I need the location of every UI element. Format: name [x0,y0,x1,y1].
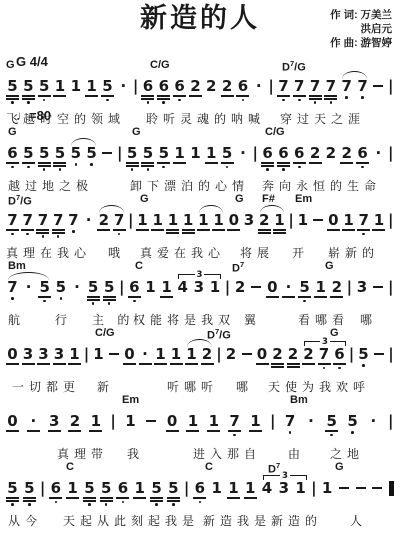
low-octave-dot [199,501,202,504]
lyric-text: 卸下漂泊的心情 [130,177,249,194]
chord-symbol: G [132,126,141,138]
beam-line [37,363,50,365]
lyric-text: 真理带 [57,445,108,462]
note: 1 [154,346,167,371]
note: 5 [87,279,100,304]
beam-line [6,98,19,100]
note: 5 [22,145,35,170]
low-octave-dot [108,302,111,305]
note: 1 [124,413,137,438]
note: 1 [212,212,225,237]
note: 7 [293,78,306,103]
beam-line [53,363,66,365]
beam-line [167,497,180,499]
rest-note: 0 [123,346,136,371]
low-octave-dot [75,163,78,166]
chord-symbol: G [330,327,339,339]
lyric-row: 一切都更新听哪听哪天使为我欢呼 [6,377,394,393]
beam-line [36,229,49,231]
lyric-text: 越过地之极 [8,177,93,194]
note: 1 [296,212,309,237]
lyric-text: 行 [55,311,72,328]
low-octave-dot [282,99,285,102]
low-octave-dot [57,235,60,238]
note: 5 [298,279,311,304]
note: 7 [340,78,353,103]
low-octave-dot [282,168,285,171]
lyric-text: 权能将是我双 [133,311,235,328]
beam-line [23,500,36,502]
beam-line [271,363,284,365]
duration-dash [337,480,350,505]
low-octave-dot [330,434,333,437]
note: 3 [277,480,290,505]
note: 6 [356,145,369,170]
beam-line [357,229,370,231]
barline: | [311,480,317,505]
duration-dash [240,346,253,371]
lyric-text: 将展 [240,244,274,261]
beam-line [151,229,164,231]
beam-line [173,162,186,164]
barline: | [349,346,355,371]
note: 5 [22,78,35,103]
tie-slur-arc [71,138,96,146]
beam-line [87,296,100,298]
beam-line [6,363,19,365]
note: 1 [89,413,102,438]
note: 5 [85,145,98,170]
duration-dash [372,78,385,103]
chord-symbol: C/G [95,327,115,339]
beam-line [166,430,179,432]
barline: | [388,346,394,371]
note: 5 [141,145,154,170]
note: 5 [83,480,96,505]
note: 4 [261,480,274,505]
low-octave-dot [147,168,150,171]
low-octave-dot [11,297,14,300]
note: 2 [97,212,110,237]
beam-line [38,162,51,164]
note: 6 [157,78,170,103]
note: 7 [21,212,34,237]
score-line: D7/GGGF#Em77777·27|1111110321|10171|真理在我… [6,193,394,253]
low-octave-dot [162,101,165,104]
low-octave-dot [72,230,75,233]
note: 3 [192,279,205,304]
chord-symbol: Em [122,394,139,406]
note: 2 [324,145,337,170]
lyric-text: 由 [288,445,305,462]
rest-note: 0 [256,346,269,371]
lyricist-credit-2: 洪启元 [330,22,392,36]
note: 6 [277,145,290,170]
lyric-text: 天使为我欢 [268,378,353,395]
lyric-row: 真理带我进入那自由之地 [6,444,394,460]
low-octave-dot [27,101,30,104]
beam-line [182,229,195,231]
note: 6 [6,145,19,170]
note: 5 [221,145,234,170]
note: 7 [36,212,49,237]
note: 3 [243,212,256,237]
lyric-text: 真理在我心 [6,244,91,261]
beam-line [324,98,337,100]
note: 5 [6,480,19,505]
lyric-text: 天起从此刻起我是 [63,512,199,529]
low-octave-dot [298,99,301,102]
note: 2 [340,145,353,170]
beam-line [123,363,136,365]
beam-line [66,497,79,499]
beam-line [186,430,199,432]
note: 5 [101,78,114,103]
note-row: 655555|5551115·|6662226·| [6,139,394,176]
low-octave-dot [105,503,108,506]
note: 7 [228,413,241,438]
augmentation-dot: · [252,78,265,103]
note: 2 [234,279,247,304]
low-octave-dot [27,166,30,169]
dash-line [339,487,349,489]
barline: | [40,480,46,505]
lyric-text: 飞越时空的领域 [6,110,125,127]
lyric-text: 进入那自 [193,445,261,462]
beam-line [258,229,271,231]
beam-line [340,162,353,164]
note: 1 [186,413,199,438]
note: 6 [236,78,249,103]
beam-line [256,363,269,365]
dash-line [372,487,382,489]
chord-row: GC/GD7/G [6,59,394,72]
lyric-text: 真爱在我心 [140,244,225,261]
note: 2 [258,212,271,237]
chord-symbol: G [335,461,344,473]
tie-slur-arc [8,272,49,280]
note: 2 [309,145,322,170]
score-line: EmBm0·321|101171|7·55·|真理带我进入那自由之地 [6,394,394,454]
rest-note: 0 [6,346,19,371]
note: 6 [141,78,154,103]
credits-block: 作 词: 万美兰 洪启元 作 曲: 游智婷 [330,8,392,50]
augmentation-dot: · [372,145,385,170]
barline: | [216,346,222,371]
note: 1 [342,212,355,237]
lyric-text: 哦 [108,244,125,261]
augmentation-dot: · [70,279,83,304]
beam-line [6,162,19,164]
beam-line [83,497,96,499]
note: 6 [116,480,129,505]
dash-line [313,219,323,221]
beam-line [141,98,154,100]
low-octave-dot [178,99,181,102]
barline: | [288,212,294,237]
beam-line [126,162,139,164]
low-octave-dot [323,367,326,370]
final-barline [388,480,394,505]
beam-line [6,229,19,231]
beam-line [6,497,19,499]
chord-symbol: G [235,193,244,205]
note: 1 [182,212,195,237]
note-row: 55|61556155|6111431|13 [6,474,394,511]
rest-note: 0 [6,413,19,438]
beam-line [21,229,34,231]
low-octave-dot [345,96,348,99]
low-octave-dot [92,302,95,305]
chord-row: D7/GGGF#Em [6,193,394,206]
beam-line [157,162,170,164]
dash-line [356,487,366,489]
note: 7 [6,279,19,304]
dash-line [373,85,383,87]
lyric-text: 主 的 [92,311,134,328]
low-octave-dot [362,233,365,236]
sheet-music-page: G 4/4 ♩=80 新造的人 作 词: 万美兰 洪启元 作 曲: 游智婷 GC… [0,0,400,521]
barline: | [270,413,276,438]
tie-slur-arc [99,205,124,213]
note: 2 [225,346,238,371]
note: 1 [210,480,223,505]
beam-line [83,500,96,502]
note: 1 [160,279,173,304]
score-line: GC/GD7/G5551115·|6662226·|777777|飞越时空的领域… [6,59,394,119]
beam-line [23,497,36,499]
low-octave-dot [330,101,333,104]
chord-row: GGC/G [6,126,394,139]
low-octave-dot [155,503,158,506]
beam-line [277,162,290,164]
beam-line [154,363,167,365]
beam-line [22,95,35,97]
beam-line [244,497,257,499]
score-line: BmCD7G7·55·55|611431|20·512|3|3航行主 的权能将是… [6,260,394,320]
beam-line [236,95,249,97]
beam-line [330,296,343,298]
low-octave-dot [233,434,236,437]
duration-dash [108,346,121,371]
beam-line [271,366,284,368]
dash-line [146,420,156,422]
beam-line [6,95,19,97]
chord-row: CCD7G [6,461,394,474]
rest-note: 0 [327,212,340,237]
note: 3 [22,346,35,371]
beam-line [167,500,180,502]
beam-line [212,229,225,231]
barline: | [128,212,134,237]
note: 1 [273,212,286,237]
beam-line [52,232,65,234]
low-octave-dot [242,99,245,102]
note: 1 [144,279,157,304]
beam-line [100,500,113,502]
beam-line [314,296,327,298]
barline: | [84,346,90,371]
beam-line [356,162,369,164]
lyric-text: 航 [8,311,25,328]
lyric-text: 崭新的 [328,244,379,261]
chord-symbol: Em [295,193,312,205]
note: 5 [346,413,359,438]
lyric-text: 听哪听 [167,378,218,395]
beam-line [22,363,35,365]
note: 3 [48,413,61,438]
note: 5 [69,145,82,170]
augmentation-dot: · [282,279,295,304]
barline: | [133,78,139,103]
beam-line [261,165,274,167]
note: 7 [318,346,331,371]
note: 5 [38,145,51,170]
beam-line [128,296,141,298]
beam-line [207,430,220,432]
note: 1 [372,212,385,237]
beam-line [68,430,81,432]
note: 7 [113,212,126,237]
note: 1 [227,480,240,505]
triplet-bracket: 3 [304,341,346,346]
beam-line [36,232,49,234]
beam-line [282,296,295,298]
note: 6 [293,145,306,170]
note: 1 [314,279,327,304]
note: 5 [100,480,113,505]
duration-dash [250,279,263,304]
beam-line [141,162,154,164]
note: 7 [52,212,65,237]
beam-line [197,229,210,231]
note: 1 [197,212,210,237]
note: 1 [249,413,262,438]
beam-line [38,296,51,298]
augmentation-dot: · [367,413,380,438]
duration-dash [354,480,367,505]
chord-symbol: Bm [290,394,308,406]
low-octave-dot [42,235,45,238]
low-octave-dot [60,297,63,300]
note: 1 [244,480,257,505]
lyric-row: 航行主 的权能将是我双翼看哪看哪 [6,310,394,326]
beam-line [293,95,306,97]
beam-line [324,95,337,97]
beam-line [318,363,331,365]
beam-line [136,229,149,231]
low-octave-dot [131,168,134,171]
note: 1 [151,212,164,237]
augmentation-dot: · [117,78,130,103]
note: 1 [294,480,307,505]
low-octave-dot [147,101,150,104]
note: 7 [357,212,370,237]
note: 1 [69,78,82,103]
note-row: 03331|10·1112|2022276|5|3 [6,340,394,377]
low-octave-dot [43,168,46,171]
dash-line [109,353,119,355]
chord-symbol: C/G [265,126,285,138]
augmentation-dot: · [139,346,152,371]
beam-line [68,363,81,365]
chord-symbol: Bm [8,260,26,272]
beam-line [87,299,100,301]
triplet-bracket: 3 [263,475,307,480]
score-line: GGC/G655555|5551115·|6662226·|越过地之极卸下漂泊的… [6,126,394,186]
low-octave-dot [162,166,165,169]
tie-slur-arc [187,339,212,347]
beam-line [48,430,61,432]
note: 6 [128,279,141,304]
chord-symbol: G [8,126,17,138]
low-octave-dot [118,233,121,236]
note: 1 [92,346,105,371]
low-octave-dot [28,503,31,506]
augmentation-dot: · [236,145,249,170]
beam-line [101,95,114,97]
beam-line [53,165,66,167]
lyric-text: 人 [350,512,367,529]
beam-line [189,95,202,97]
note: 7 [284,413,297,438]
note: 1 [205,145,218,170]
note: 6 [193,480,206,505]
lyric-text: 呼 [353,378,370,395]
rest-note: 0 [166,413,179,438]
lyric-text: 哪 [236,378,253,395]
note: 1 [170,346,183,371]
beam-line [141,95,154,97]
beam-line [258,232,271,234]
beam-line [133,497,146,499]
beam-line [227,229,240,231]
lyric-text: 翼 [244,311,261,328]
note-row: 0·321|101171|7·55·| [6,407,394,444]
low-octave-dot [90,163,93,166]
note: 3 [37,346,50,371]
lyricist-credit: 作 词: 万美兰 [330,8,392,22]
low-octave-dot [59,168,62,171]
beam-line [157,98,170,100]
beam-line [333,363,346,365]
note: 5 [38,279,51,304]
note-row: 77777·27|1111110321|10171| [6,206,394,243]
duration-dash [373,346,386,371]
note: 5 [103,279,116,304]
beam-line [150,500,163,502]
note: 5 [325,413,338,438]
beam-line [141,165,154,167]
beam-line [49,497,62,499]
note: 7 [309,78,322,103]
barline: | [268,78,274,103]
beam-line [309,95,322,97]
barline: | [252,145,258,170]
chord-symbol: G [325,260,334,272]
chord-symbol: F# [262,193,275,205]
score-line: CCD7G55|61556155|6111431|13从今天起从此刻起我是新造我… [6,461,394,521]
lyric-text: 看哪看 [298,311,349,328]
note: 1 [66,480,79,505]
beam-line [116,497,129,499]
note: 2 [201,346,214,371]
low-octave-dot [298,166,301,169]
note: 1 [173,145,186,170]
lyric-row: 真理在我心哦真爱在我心将展开崭新的 [6,243,394,259]
low-octave-dot [11,101,14,104]
beam-line [38,95,51,97]
